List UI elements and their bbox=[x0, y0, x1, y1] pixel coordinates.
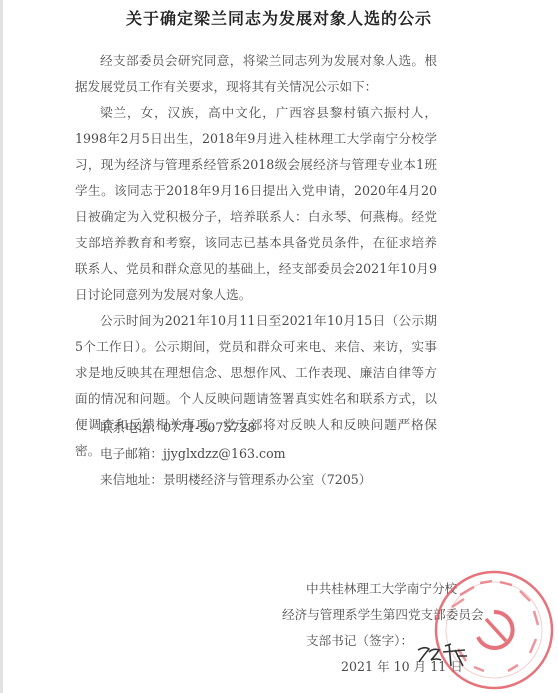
handwritten-signature-icon bbox=[415, 640, 470, 670]
paragraph-intro: 经支部委员会研究同意，将梁兰同志列为发展对象人选。根据发展党员工作有关要求，现将… bbox=[75, 48, 437, 100]
page-edge bbox=[0, 0, 3, 693]
contact-phone: 联系电话：0771-5075728 bbox=[100, 417, 255, 436]
paragraph-candidate-info: 梁兰，女，汉族，高中文化，广西容县黎村镇六振村人，1998年2月5日出生，201… bbox=[75, 100, 437, 308]
contact-email: 电子邮箱：jjyglxdzz@163.com bbox=[100, 443, 286, 462]
official-seal-icon bbox=[430, 567, 558, 693]
contact-address: 来信地址：景明楼经济与管理系办公室（7205） bbox=[100, 469, 371, 488]
document-title: 关于确定梁兰同志为发展对象人选的公示 bbox=[0, 6, 558, 29]
paragraph-publicity-period: 公示时间为2021年10月11日至2021年10月15日（公示期5个工作日）。公… bbox=[75, 308, 437, 464]
secretary-label: 支部书记（签字）： bbox=[306, 630, 413, 649]
document-body: 经支部委员会研究同意，将梁兰同志列为发展对象人选。根据发展党员工作有关要求，现将… bbox=[75, 48, 437, 464]
